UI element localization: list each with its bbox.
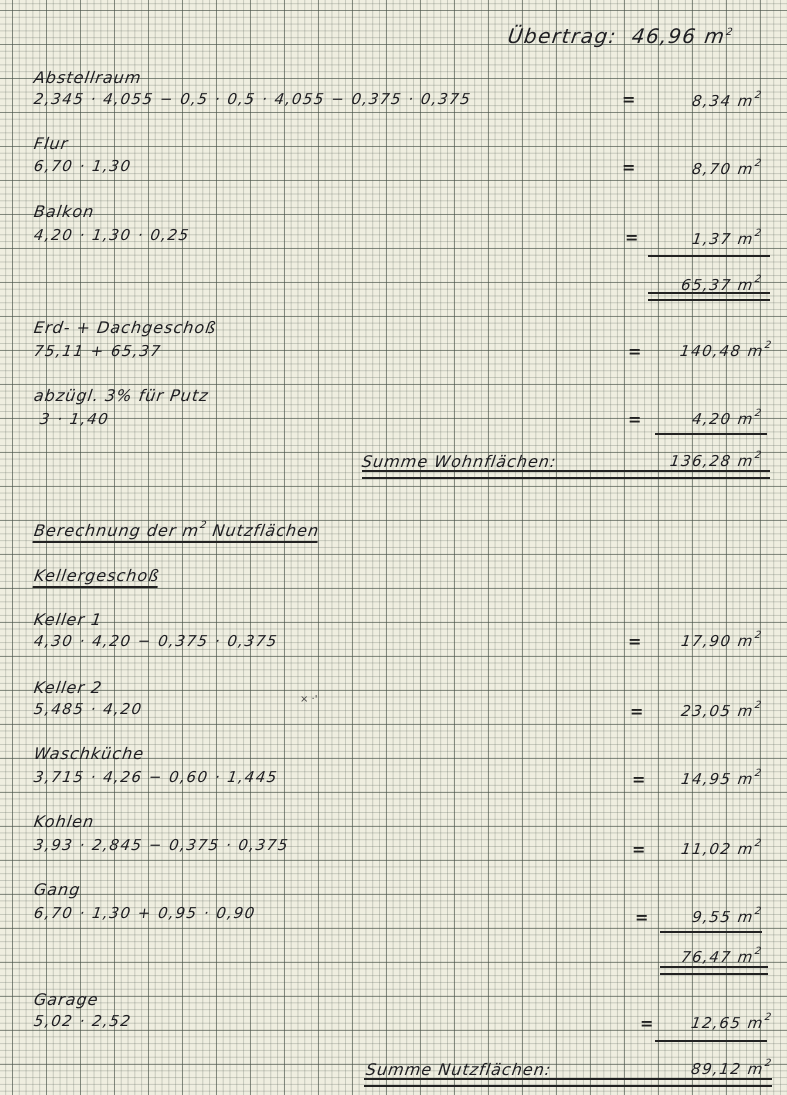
room-formula-garage: 5,02 · 2,52 (33, 1012, 133, 1030)
room-name-waschkueche: Waschküche (33, 744, 146, 763)
carry-over-value: 46,96 m2 (630, 24, 735, 48)
section-kellergeschoss: Kellergeschoß (32, 566, 160, 588)
room-name-keller-1: Keller 1 (33, 610, 104, 629)
room-formula-abstellraum: 2,345 · 4,055 − 0,5 · 0,5 · 4,055 − 0,37… (33, 90, 473, 108)
usable-heading: Berechnung der m2 Nutzflächen (32, 520, 320, 543)
room-area-kohlen: 11,02 m2 (611, 838, 764, 858)
subtotal-rule (648, 255, 770, 257)
combined-name: Erd- + Dachgeschoß (33, 318, 218, 337)
room-formula-balkon: 4,20 · 1,30 · 0,25 (33, 226, 191, 244)
room-name-abstellraum: Abstellraum (33, 68, 143, 87)
deduction-name: abzügl. 3% für Putz (33, 386, 210, 405)
room-name-flur: Flur (33, 134, 70, 153)
usable-subtotal: 76,47 m2 (611, 946, 764, 966)
living-total-label: Summe Wohnflächen: (361, 452, 558, 471)
room-name-gang: Gang (33, 880, 82, 899)
deduction-formula: 3 · 1,40 (39, 410, 111, 428)
room-name-kohlen: Kohlen (33, 812, 96, 831)
deduction-rule (655, 433, 767, 435)
room-formula-gang: 6,70 · 1,30 + 0,95 · 0,90 (33, 904, 257, 922)
margin-scribble: × ·' (300, 694, 318, 705)
carry-over-label: Übertrag: (506, 24, 618, 48)
usable-total-value: 89,12 m2 (621, 1058, 774, 1078)
room-area-waschkueche: 14,95 m2 (611, 768, 764, 788)
subtotal-rule (660, 931, 762, 933)
room-formula-keller-1: 4,30 · 4,20 − 0,375 · 0,375 (33, 632, 279, 650)
room-formula-waschkueche: 3,715 · 4,26 − 0,60 · 1,445 (33, 768, 279, 786)
room-name-balkon: Balkon (33, 202, 96, 221)
living-total-value: 136,28 m2 (611, 450, 764, 470)
living-subtotal: 65,37 m2 (611, 274, 764, 294)
garage-rule (655, 1040, 767, 1042)
room-formula-flur: 6,70 · 1,30 (33, 157, 133, 175)
room-formula-keller-2: 5,485 · 4,20 (33, 700, 144, 718)
room-name-keller-2: Keller 2 (33, 678, 104, 697)
usable-total-double-rule (364, 1078, 772, 1087)
combined-area: 140,48 m2 (621, 340, 774, 360)
room-area-flur: 8,70 m2 (611, 158, 764, 178)
room-formula-kohlen: 3,93 · 2,845 − 0,375 · 0,375 (33, 836, 290, 854)
room-area-abstellraum: 8,34 m2 (611, 90, 764, 110)
subtotal-double-rule (648, 292, 770, 301)
subtotal-double-rule (660, 966, 768, 975)
deduction-area: 4,20 m2 (611, 408, 764, 428)
garage-area: 12,65 m2 (621, 1012, 774, 1032)
living-total-double-rule (362, 470, 770, 479)
room-area-keller-2: 23,05 m2 (611, 700, 764, 720)
room-name-garage: Garage (33, 990, 100, 1009)
room-area-gang: 9,55 m2 (611, 906, 764, 926)
room-area-keller-1: 17,90 m2 (611, 630, 764, 650)
combined-formula: 75,11 + 65,37 (33, 342, 163, 360)
room-area-balkon: 1,37 m2 (611, 228, 764, 248)
usable-total-label: Summe Nutzflächen: (365, 1060, 553, 1079)
